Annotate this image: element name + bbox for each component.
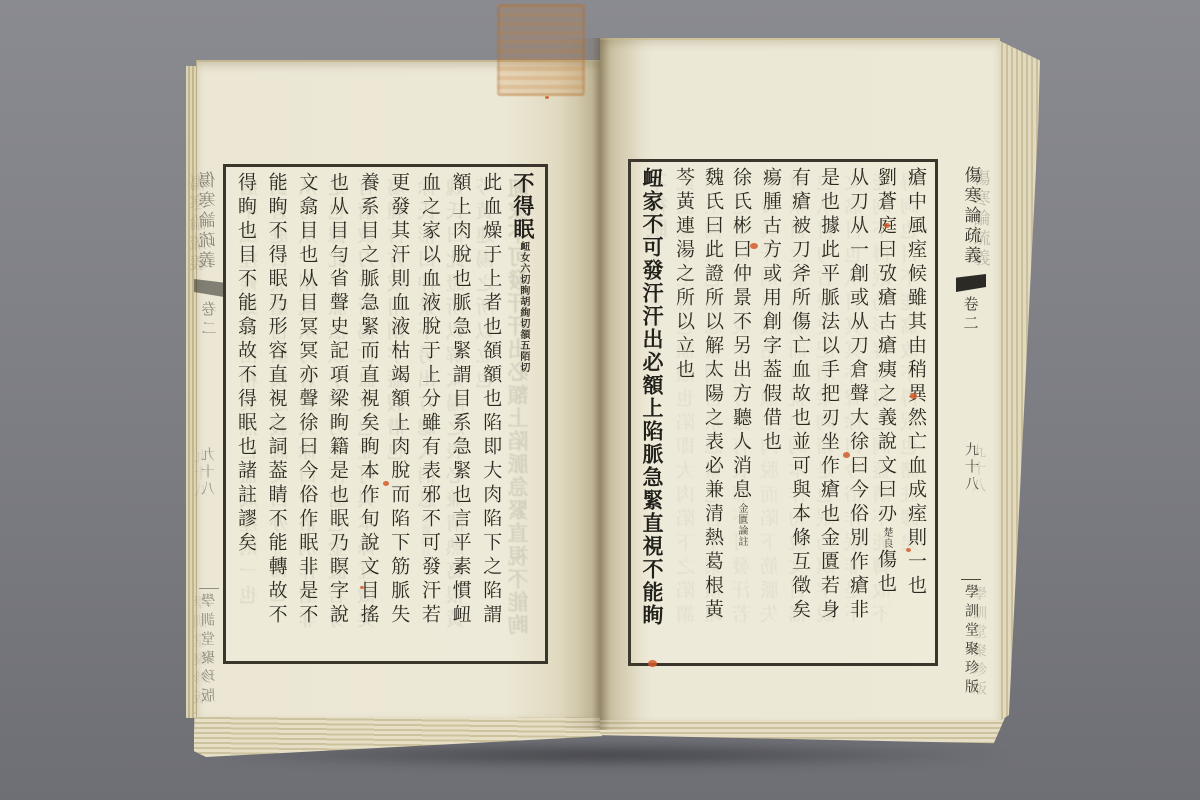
column-text: 不得眠 (511, 172, 536, 241)
column-text: 傷也 (875, 549, 897, 597)
column-text: 血之家以血液脫于上分雖有表邪不可發汗若 (419, 172, 441, 628)
column-text: 劉蒼庭曰攷瘡古瘡痍之義說文曰刅 (875, 167, 897, 527)
black-tab-marker (956, 274, 986, 292)
column-text: 从刀从一創或从刀倉聲大徐曰今俗別作瘡非 (847, 167, 869, 623)
commentary-column: 此血燥于上者也頟額也陷即大肉陷下之陷謂 (476, 172, 505, 656)
publisher-label: 學訓堂聚珍版 (961, 579, 981, 698)
page-number-mirrored: 九十八 (199, 447, 219, 498)
commentary-column: 芩黃連湯之所以立也 (669, 167, 698, 658)
commentary-column: 魏氏曰此證所以解太陽之表必兼清熱葛根黃 (698, 167, 727, 658)
main-text-column: 衄家不可發汗汗出必額上陷脈急緊直視不能眴 (636, 167, 669, 658)
inline-gloss-text: 金匱論註 (736, 503, 747, 547)
column-text: 徐氏彬曰仲景不另出方聽人消息 (730, 167, 752, 503)
right-page-stack-edges (998, 40, 1040, 722)
column-text: 得眴也目不能翕故不得眠也諸註謬矣 (235, 172, 257, 556)
column-text: 能眴不得眠乃形容直視之詞葢睛不能轉故不 (266, 172, 288, 628)
photo-background: 傷寒論疏義 卷二 九十八 學訓堂聚珍版 瘡中風痓候雖其由稍異然亡血成痓則一也劉蒼… (0, 0, 1200, 800)
right-page: 不得眠衄女六切眴胡絢切頟五陌切此血燥于上者也頟額也陷即大肉陷下之陷謂額上肉脫也脈… (600, 38, 1000, 720)
right-page-folded-edge: 傷寒論疏義 卷二 九十八 學訓堂聚珍版 (948, 162, 994, 698)
column-text: 文翕目也从目冥冥亦聲徐曰今俗作眠非是不 (296, 172, 318, 628)
right-text-frame: 不得眠衄女六切眴胡絢切頟五陌切此血燥于上者也頟額也陷即大肉陷下之陷謂額上肉脫也脈… (628, 159, 938, 666)
commentary-column: 血之家以血液脫于上分雖有表邪不可發汗若 (415, 172, 444, 656)
black-tab-marker (194, 279, 224, 297)
commentary-column: 更發其汗則血液枯竭額上肉脫而陷下筋脈失 (384, 172, 413, 656)
left-page: 傷寒論疏義 卷二 九十八 學訓堂聚珍版 瘡中風痓候雖其由稍異然亡血成痓則一也劉蒼… (196, 60, 601, 717)
commentary-column: 養系目之脈急緊而直視矣眴本作旬說文目搖 (354, 172, 383, 656)
book-title-mirrored: 傷寒論疏義 (197, 171, 222, 271)
inline-gloss-text: 楚良 (881, 527, 892, 549)
volume-label-mirrored: 卷二 (199, 301, 220, 339)
commentary-column: 劉蒼庭曰攷瘡古瘡痍之義說文曰刅楚良傷也 (872, 167, 901, 658)
column-text: 額上肉脫也脈急緊謂目系急緊也言平素慣衄 (450, 172, 472, 628)
column-text: 更發其汗則血液枯竭額上肉脫而陷下筋脈失 (388, 172, 410, 628)
commentary-column: 文翕目也从目冥冥亦聲徐曰今俗作眠非是不 (292, 172, 321, 656)
column-text: 瘍腫古方或用創字葢假借也 (760, 167, 782, 455)
main-text-column: 不得眠衄女六切眴胡絢切頟五陌切 (507, 172, 540, 656)
commentary-column: 額上肉脫也脈急緊謂目系急緊也言平素慣衄 (446, 172, 475, 656)
commentary-column: 瘡中風痓候雖其由稍異然亡血成痓則一也 (901, 167, 930, 658)
column-text: 此血燥于上者也頟額也陷即大肉陷下之陷謂 (480, 172, 502, 628)
column-text: 養系目之脈急緊而直視矣眴本作旬說文目搖 (358, 172, 380, 628)
column-text: 瘡中風痓候雖其由稍異然亡血成痓則一也 (905, 167, 927, 599)
column-text: 魏氏曰此證所以解太陽之表必兼清熱葛根黃 (702, 167, 724, 623)
collection-seal-icon (497, 4, 585, 96)
commentary-column: 是也據此平脈法以手把刃坐作瘡也金匱若身 (814, 167, 843, 658)
right-text-columns: 瘡中風痓候雖其由稍異然亡血成痓則一也劉蒼庭曰攷瘡古瘡痍之義說文曰刅楚良傷也从刀从… (636, 167, 930, 658)
inline-gloss-text: 衄女六切眴胡絢切頟五陌切 (518, 241, 529, 373)
commentary-column: 能眴不得眠乃形容直視之詞葢睛不能轉故不 (262, 172, 291, 656)
column-text: 有瘡被刀斧所傷亡血故也並可與本條互徵矣 (789, 167, 811, 623)
left-text-columns: 不得眠衄女六切眴胡絢切頟五陌切此血燥于上者也頟額也陷即大肉陷下之陷謂額上肉脫也脈… (231, 172, 540, 656)
left-text-frame: 瘡中風痓候雖其由稍異然亡血成痓則一也劉蒼庭曰攷瘡古瘡痍之義說文曰刅楚良傷也从刀从… (223, 164, 548, 664)
column-text: 衄家不可發汗汗出必額上陷脈急緊直視不能眴 (640, 167, 665, 627)
column-text: 芩黃連湯之所以立也 (673, 167, 695, 383)
publisher-label-mirrored: 學訓堂聚珍版 (199, 588, 219, 707)
commentary-column: 有瘡被刀斧所傷亡血故也並可與本條互徵矣 (785, 167, 814, 658)
column-text: 是也據此平脈法以手把刃坐作瘡也金匱若身 (818, 167, 840, 623)
book-title: 傷寒論疏義 (959, 166, 984, 266)
commentary-column: 徐氏彬曰仲景不另出方聽人消息金匱論註 (727, 167, 756, 658)
commentary-column: 从刀从一創或从刀倉聲大徐曰今俗別作瘡非 (843, 167, 872, 658)
commentary-column: 瘍腫古方或用創字葢假借也 (756, 167, 785, 658)
volume-label: 卷二 (961, 296, 982, 334)
commentary-column: 也从目勻省聲史記項梁眴籍是也眠乃瞑字說 (323, 172, 352, 656)
page-number: 九十八 (961, 442, 981, 493)
column-text: 也从目勻省聲史記項梁眴籍是也眠乃瞑字說 (327, 172, 349, 628)
commentary-column: 得眴也目不能翕故不得眠也諸註謬矣 (231, 172, 260, 656)
